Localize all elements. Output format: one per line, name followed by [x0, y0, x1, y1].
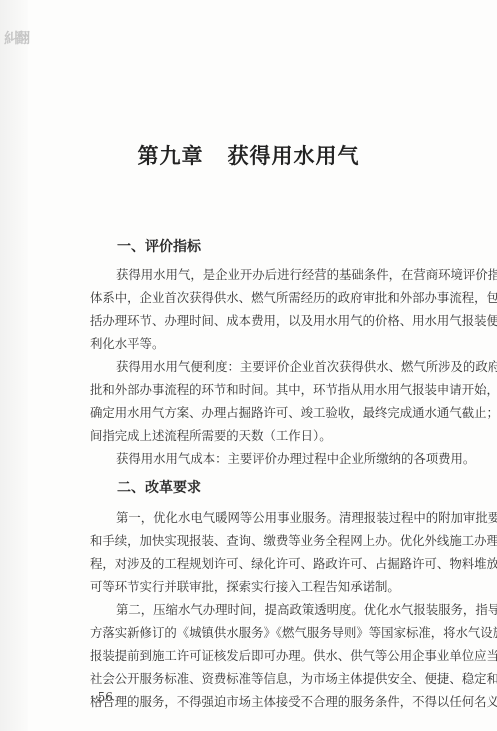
paragraph-cost: 获得用水用气成本：主要评价办理过程中企业所缴纳的各项费用。	[90, 447, 424, 470]
bleed-through-mark: 糾翻	[4, 28, 28, 48]
paragraph-first-reform: 第一，优化水电气暖网等公用事业服务。清理报装过程中的附加审批要件 和手续，加快实…	[90, 506, 424, 598]
section-heading-evaluation-indicators: 一、评价指标	[117, 236, 201, 256]
text-line: 第二，压缩水气办理时间，提高政策透明度。优化水气报装服务，指导地	[90, 598, 424, 621]
paragraph-second-reform: 第二，压缩水气办理时间，提高政策透明度。优化水气报装服务，指导地 方落实新修订的…	[90, 598, 424, 713]
text-line: 格合理的服务，不得强迫市场主体接受不合理的服务条件，不得以任何名义收	[90, 690, 424, 713]
text-line: 批和外部办事流程的环节和时间。其中，环节指从用水用气报装申请开始，到	[90, 378, 424, 401]
text-line: 程，对涉及的工程规划许可、绿化许可、路政许可、占掘路许可、物料堆放许	[90, 552, 424, 575]
text-line: 间指完成上述流程所需要的天数（工作日）。	[90, 424, 424, 447]
text-line: 社会公开服务标准、资费标准等信息，为市场主体提供安全、便捷、稳定和价	[90, 667, 424, 690]
text-line: 可等环节实行并联审批，探索实行接入工程告知承诺制。	[90, 575, 424, 598]
paragraph-overview: 获得用水用气，是企业开办后进行经营的基础条件，在营商环境评价指标 体系中，企业首…	[90, 263, 424, 355]
text-line: 利化水平等。	[90, 332, 424, 355]
text-line: 确定用水用气方案、办理占掘路许可、竣工验收，最终完成通水通气截止；时	[90, 401, 424, 424]
paragraph-convenience: 获得用水用气便利度：主要评价企业首次获得供水、燃气所涉及的政府审 批和外部办事流…	[90, 355, 424, 447]
section-heading-reform-requirements: 二、改革要求	[117, 477, 201, 497]
text-line: 和手续，加快实现报装、查询、缴费等业务全程网上办。优化外线施工办理流	[90, 529, 424, 552]
page-number: · 56 ·	[90, 690, 121, 704]
text-line: 方落实新修订的《城镇供水服务》《燃气服务导则》等国家标准，将水气设施	[90, 621, 424, 644]
text-line: 获得用水用气，是企业开办后进行经营的基础条件，在营商环境评价指标	[90, 263, 424, 286]
text-line: 体系中，企业首次获得供水、燃气所需经历的政府审批和外部办事流程，包	[90, 286, 424, 309]
text-line: 括办理环节、办理时间、成本费用，以及用水用气的价格、用水用气报装便	[90, 309, 424, 332]
chapter-title: 第九章获得用水用气	[0, 140, 497, 170]
page-gutter-shadow	[0, 0, 28, 731]
text-line: 报装提前到施工许可证核发后即可办理。供水、供气等公用企事业单位应当向	[90, 644, 424, 667]
chapter-number: 第九章	[138, 143, 204, 168]
text-line: 获得用水用气便利度：主要评价企业首次获得供水、燃气所涉及的政府审	[90, 355, 424, 378]
text-line: 获得用水用气成本：主要评价办理过程中企业所缴纳的各项费用。	[90, 447, 424, 470]
chapter-name: 获得用水用气	[228, 143, 360, 168]
text-line: 第一，优化水电气暖网等公用事业服务。清理报装过程中的附加审批要件	[90, 506, 424, 529]
